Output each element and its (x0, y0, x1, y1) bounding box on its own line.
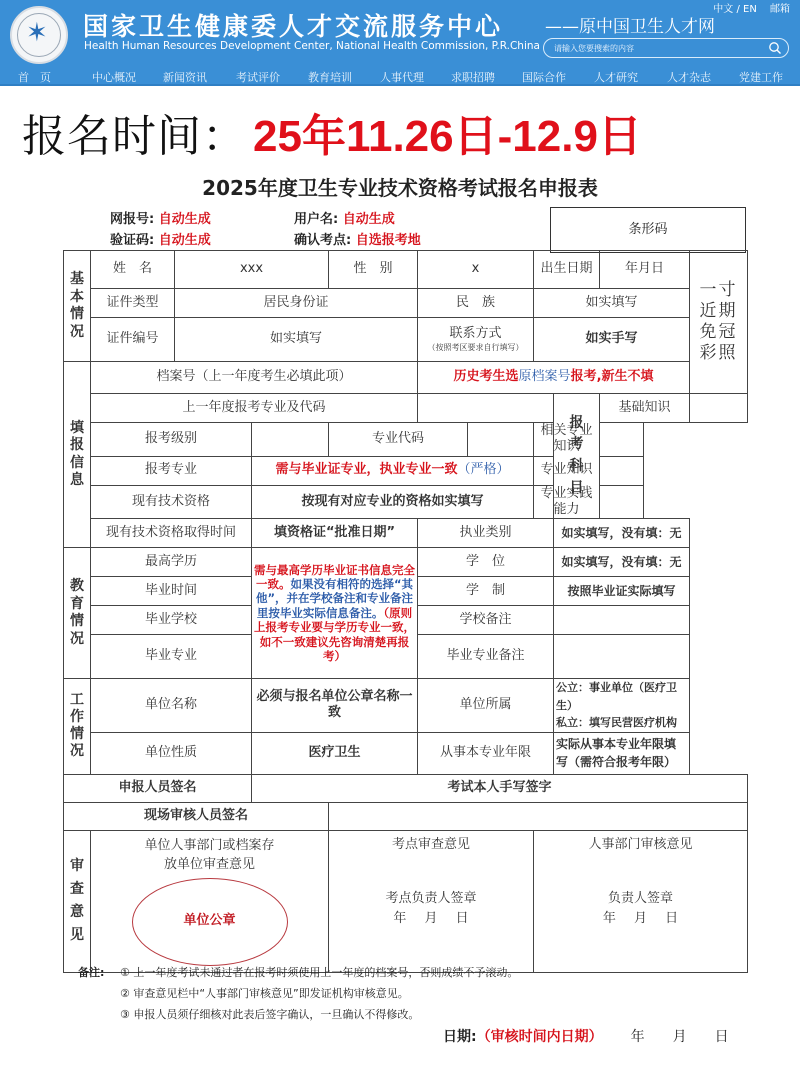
unit-opinion-label: 单位人事部门或档案存放单位审查意见 (140, 837, 280, 875)
major-note-label: 毕业专业备注 (418, 635, 554, 679)
date-hint: （审核时间内日期） (477, 1029, 603, 1045)
table-row: 上一年度报考专业及代码 报考科目 基础知识 (64, 394, 748, 423)
system-label: 学 制 (418, 577, 554, 606)
username-label: 用户名: (294, 212, 338, 227)
hr-sign-date: 年 月 日 (536, 911, 745, 927)
table-row: 证件编号 如实填写 联系方式 （按照考区要求自行填写） 如实手写 (64, 318, 748, 362)
dob-value[interactable]: 年月日 (600, 251, 690, 289)
education-note: 需与最高学历毕业证书信息完全一致。如果没有相符的选择“其他”，并在学校备注和专业… (252, 548, 418, 679)
note-item: ② 审查意见栏中“人事部门审核意见”即发证机构审核意见。 (78, 983, 518, 1004)
subject-related: 相关专业知识 (534, 423, 600, 457)
prev-major-label: 上一年度报考专业及代码 (91, 394, 418, 423)
site-day: 日 (456, 911, 469, 926)
barcode-box: 条形码 (550, 207, 746, 253)
archive-value-red-2: 报考,新生不填 (571, 369, 654, 384)
net-no-value: 自动生成 (159, 212, 211, 227)
practice-value[interactable]: 如实填写，没有填：无 (554, 519, 690, 548)
gender-label: 性 别 (329, 251, 418, 289)
dob-label: 出生日期 (534, 251, 600, 289)
section-education: 教育情况 (64, 548, 91, 679)
site-month: 月 (425, 911, 438, 926)
id-type-label: 证件类型 (91, 289, 175, 318)
hr-day: 日 (665, 911, 678, 926)
system-value[interactable]: 按照毕业证实际填写 (554, 577, 690, 606)
verify-code-value: 自动生成 (159, 233, 211, 248)
site-sign-date: 年 月 日 (331, 911, 531, 927)
archive-value-blue: 原档案号 (519, 369, 571, 384)
exam-site-value: 自选报考地 (356, 233, 421, 248)
practice-label: 执业类别 (418, 519, 554, 548)
site-tagline: ——原中国卫生人才网 (545, 12, 715, 37)
table-row: 现有技术资格 按现有对应专业的资格如实填写 专业实践能力 (64, 485, 748, 519)
logo-star-icon: ✶ (26, 20, 48, 46)
hr-sign-label: 负责人签章 (536, 891, 745, 907)
subject-related-check[interactable] (600, 423, 644, 457)
table-row: 审查意见 单位人事部门或档案存放单位审查意见 单位公章 考点审查意见 考点负责人… (64, 830, 748, 972)
unit-name-value[interactable]: 必须与报名单位公章名称一致 (252, 679, 418, 733)
major-value-text: 需与毕业证专业，执业专业一致 (275, 462, 457, 477)
unit-stamp-label: 单位公章 (183, 913, 235, 928)
applicant-sign-label: 申报人员签名 (64, 774, 252, 802)
nav-item-party[interactable]: 党建工作 (739, 69, 783, 85)
major-code-label: 专业代码 (329, 423, 468, 457)
major-label: 报考专业 (91, 456, 252, 485)
note-item: ③ 申报人员须仔细核对此表后签字确认，一旦确认不得修改。 (78, 1004, 518, 1025)
contact-note: （按照考区要求自行填写） (420, 343, 531, 353)
years-value[interactable]: 实际从事本专业年限填写（需符合报考年限） (554, 732, 690, 774)
id-no-label: 证件编号 (91, 318, 175, 362)
site-year: 年 (393, 911, 406, 926)
date-day: 日 (715, 1026, 729, 1046)
onsite-sign-label: 现场审核人员签名 (64, 802, 329, 830)
search-box (543, 38, 789, 58)
unit-name-label: 单位名称 (91, 679, 252, 733)
site-opinion-cell: 考点审查意见 考点负责人签章 年 月 日 (329, 830, 534, 972)
prev-major-value[interactable] (418, 394, 554, 423)
section-work-label: 工作情况 (70, 692, 84, 759)
table-row: 现场审核人员签名 (64, 802, 748, 830)
major-value[interactable]: 需与毕业证专业，执业专业一致（严格） (252, 456, 534, 485)
section-apply-label: 填报信息 (70, 420, 84, 490)
unit-nature-label: 单位性质 (91, 732, 252, 774)
tech-time-label: 现有技术资格取得时间 (91, 519, 252, 548)
photo-box: 一寸近期 免冠彩照 (690, 251, 748, 394)
subject-professional: 专业知识 (534, 456, 600, 485)
form-title: 2025年度卫生专业技术资格考试报名申报表 (0, 172, 800, 201)
search-icon[interactable] (768, 41, 782, 55)
subject-practice-check[interactable] (600, 485, 644, 519)
major-code-value[interactable] (468, 423, 534, 457)
username: 用户名: 自动生成 (294, 208, 395, 227)
note-item: 备注:① 上一年度考试未通过者在报考时须使用上一年度的档案号，否则成绩不予滚动。 (78, 962, 518, 983)
unit-opinion-cell: 单位人事部门或档案存放单位审查意见 单位公章 (91, 830, 329, 972)
application-form-table: 基本情况 姓 名 xxx 性 别 x 出生日期 年月日 一寸近期 免冠彩照 证件… (63, 250, 748, 973)
archive-value[interactable]: 历史考生选原档案号报考,新生不填 (418, 362, 690, 394)
gender-value[interactable]: x (418, 251, 534, 289)
notes-label: 备注: (78, 962, 120, 983)
username-value: 自动生成 (343, 212, 395, 227)
nav-item-news[interactable]: 新闻资讯 (163, 69, 207, 85)
form-date: 日期:（审核时间内日期）年月日 (443, 1026, 729, 1046)
unit-belong-value[interactable]: 公立：事业单位（医疗卫生） 私立：填写民营医疗机构 (554, 679, 690, 733)
date-year: 年 (631, 1026, 645, 1046)
applicant-sign-value[interactable]: 考试本人手写签字 (252, 774, 748, 802)
table-row: 基本情况 姓 名 xxx 性 别 x 出生日期 年月日 一寸近期 免冠彩照 (64, 251, 748, 289)
top-links: 中文 / EN 邮箱 (703, 0, 790, 15)
section-education-label: 教育情况 (70, 578, 84, 648)
unit-belong-public: 公立：事业单位（医疗卫生） (556, 679, 687, 714)
table-row: 申报人员签名 考试本人手写签字 (64, 774, 748, 802)
hr-opinion-label: 人事部门审核意见 (536, 837, 745, 853)
section-review-label: 审查意见 (70, 855, 84, 947)
date-ymd: 年月日 (603, 1029, 729, 1045)
notes: 备注:① 上一年度考试未通过者在报考时须使用上一年度的档案号，否则成绩不予滚动。… (78, 962, 518, 1025)
degree-label: 学 位 (418, 548, 554, 577)
registration-time-value: 25年11.26日-12.9日 (253, 112, 642, 161)
school-note-value[interactable] (554, 606, 690, 635)
table-row: 报考专业 需与毕业证专业，执业专业一致（严格） 专业知识 (64, 456, 748, 485)
grad-major-label: 毕业专业 (91, 635, 252, 679)
subject-basic: 基础知识 (600, 394, 690, 423)
site-subtitle-en: Health Human Resources Development Cente… (84, 40, 540, 52)
hr-opinion-cell: 人事部门审核意见 负责人签章 年 月 日 (534, 830, 748, 972)
ethnic-label: 民 族 (418, 289, 534, 318)
unit-nature-value[interactable]: 医疗卫生 (252, 732, 418, 774)
years-label: 从事本专业年限 (418, 732, 554, 774)
table-row: 工作情况 单位名称 必须与报名单位公章名称一致 单位所属 公立：事业单位（医疗卫… (64, 679, 748, 733)
date-label: 日期: (443, 1029, 477, 1045)
date-month: 月 (673, 1026, 687, 1046)
nav-item-international[interactable]: 国际合作 (522, 69, 566, 85)
section-review: 审查意见 (64, 830, 91, 972)
tech-value[interactable]: 按现有对应专业的资格如实填写 (252, 485, 534, 519)
language-switch-link[interactable]: 中文 / EN (713, 4, 757, 15)
contact-label-cell: 联系方式 （按照考区要求自行填写） (418, 318, 534, 362)
logo-emblem-icon[interactable]: ✶ (10, 6, 68, 64)
photo-line-1: 一寸近期 (692, 280, 745, 323)
verify-code: 验证码: 自动生成 (110, 229, 211, 248)
id-type-value[interactable]: 居民身份证 (175, 289, 418, 318)
registration-time: 报名时间：25年11.26日-12.9日 (22, 100, 642, 164)
level-value[interactable] (252, 423, 329, 457)
unit-stamp-icon: 单位公章 (132, 878, 288, 966)
section-apply: 填报信息 (64, 362, 91, 548)
registration-time-label: 报名时间： (22, 111, 247, 162)
site-sign-label: 考点负责人签章 (331, 891, 531, 907)
ethnic-value[interactable]: 如实填写 (534, 289, 690, 318)
net-no-label: 网报号: (110, 212, 154, 227)
id-no-value[interactable]: 如实填写 (175, 318, 418, 362)
contact-label: 联系方式 (420, 326, 531, 342)
name-label: 姓 名 (91, 251, 175, 289)
table-row: 证件类型 居民身份证 民 族 如实填写 (64, 289, 748, 318)
archive-label: 档案号（上一年度考生必填此项） (91, 362, 418, 394)
archive-value-red-1: 历史考生选 (454, 369, 519, 384)
search-input[interactable] (554, 41, 754, 56)
note-text-1: ① 上一年度考试未通过者在报考时须使用上一年度的档案号，否则成绩不予滚动。 (120, 966, 518, 979)
subject-practice: 专业实践能力 (534, 485, 600, 519)
nav-item-exam[interactable]: 考试评价 (236, 69, 280, 85)
site-title[interactable]: 国家卫生健康委人才交流服务中心 (83, 7, 503, 43)
site-header: ✶ 国家卫生健康委人才交流服务中心 Health Human Resources… (0, 0, 800, 86)
subject-basic-check[interactable] (690, 394, 748, 423)
verify-code-label: 验证码: (110, 233, 154, 248)
major-note-value[interactable] (554, 635, 690, 679)
site-opinion-label: 考点审查意见 (331, 837, 531, 853)
school-label: 毕业学校 (91, 606, 252, 635)
table-row: 填报信息 档案号（上一年度考生必填此项） 历史考生选原档案号报考,新生不填 (64, 362, 748, 394)
hr-year: 年 (603, 911, 616, 926)
nav-item-magazine[interactable]: 人才杂志 (667, 69, 711, 85)
subject-professional-check[interactable] (600, 456, 644, 485)
exam-site: 确认考点: 自选报考地 (294, 229, 421, 248)
table-row: 教育情况 最高学历 需与最高学历毕业证书信息完全一致。如果没有相符的选择“其他”… (64, 548, 748, 577)
net-no: 网报号: 自动生成 (110, 208, 211, 227)
degree-value[interactable]: 如实填写，没有填：无 (554, 548, 690, 577)
school-note-label: 学校备注 (418, 606, 554, 635)
hr-month: 月 (634, 911, 647, 926)
nav-item-jobs[interactable]: 求职招聘 (451, 69, 495, 85)
section-work: 工作情况 (64, 679, 91, 775)
unit-belong-private: 私立：填写民营医疗机构 (556, 714, 687, 732)
tech-label: 现有技术资格 (91, 485, 252, 519)
nav-item-research[interactable]: 人才研究 (594, 69, 638, 85)
table-row: 报考级别 专业代码 相关专业知识 (64, 423, 748, 457)
contact-value[interactable]: 如实手写 (534, 318, 690, 362)
table-row: 单位性质 医疗卫生 从事本专业年限 实际从事本专业年限填写（需符合报考年限） (64, 732, 748, 774)
name-value[interactable]: xxx (175, 251, 329, 289)
nav-divider (0, 84, 800, 86)
section-basic: 基本情况 (64, 251, 91, 362)
onsite-sign-value[interactable] (329, 802, 748, 830)
grad-time-label: 毕业时间 (91, 577, 252, 606)
photo-line-2: 免冠彩照 (692, 322, 745, 365)
level-label: 报考级别 (91, 423, 252, 457)
mail-link[interactable]: 邮箱 (770, 4, 790, 15)
section-basic-label: 基本情况 (70, 271, 84, 341)
nav-item-about[interactable]: 中心概况 (92, 69, 136, 85)
nav-item-training[interactable]: 教育培训 (308, 69, 352, 85)
exam-site-label: 确认考点: (294, 233, 351, 248)
table-row: 现有技术资格取得时间 填资格证“批准日期” 执业类别 如实填写，没有填：无 (64, 519, 748, 548)
highest-edu-label: 最高学历 (91, 548, 252, 577)
main-nav: 首 页 中心概况 新闻资讯 考试评价 教育培训 人事代理 求职招聘 国际合作 人… (0, 66, 800, 86)
nav-item-home[interactable]: 首 页 (18, 69, 51, 85)
nav-item-hr-agency[interactable]: 人事代理 (380, 69, 424, 85)
major-value-strict: （严格） (458, 462, 510, 477)
unit-belong-label: 单位所属 (418, 679, 554, 733)
tech-time-value[interactable]: 填资格证“批准日期” (252, 519, 418, 548)
